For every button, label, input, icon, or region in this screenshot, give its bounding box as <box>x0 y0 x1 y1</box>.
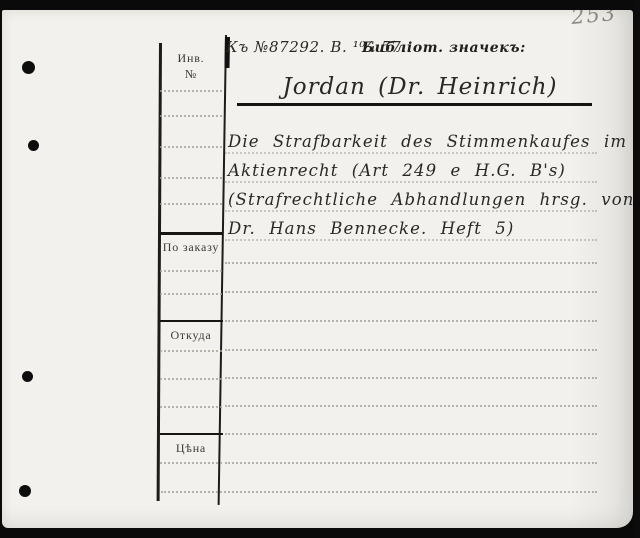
section-divider <box>160 320 223 323</box>
ruled-line <box>225 291 597 293</box>
scan-edge-bottom <box>0 528 640 538</box>
ruled-line <box>225 433 597 435</box>
ruled-line <box>225 181 597 183</box>
ruled-line <box>160 203 222 205</box>
ruled-line <box>225 152 597 154</box>
ruled-line <box>225 239 597 241</box>
scan-edge-right <box>633 0 640 538</box>
field-label-order: По заказу <box>160 240 222 255</box>
ruled-line <box>160 350 222 352</box>
ruled-line <box>160 115 222 117</box>
section-divider <box>160 232 223 235</box>
hole-punch <box>28 140 39 151</box>
ruled-line <box>225 349 597 351</box>
field-label-origin: Откуда <box>160 328 222 343</box>
title-line: Aktienrecht (Art 249 e H.G. B's) <box>228 161 566 180</box>
ruled-line <box>160 146 222 148</box>
section-divider <box>160 433 223 436</box>
ruled-line <box>225 377 597 379</box>
field-label-inventory-number: № <box>160 67 222 82</box>
scan-edge-left <box>0 0 2 538</box>
library-mark-stamp: Библіот. значекъ: <box>362 40 526 56</box>
ruled-line <box>160 270 222 272</box>
series-line: Dr. Hans Bennecke. Heft 5) <box>228 219 514 238</box>
ruled-line <box>225 262 597 264</box>
hole-punch <box>22 61 35 74</box>
ruled-line <box>160 378 222 380</box>
ruled-line <box>160 293 222 295</box>
author-heading: Jordan (Dr. Heinrich) <box>260 74 580 100</box>
ruled-line <box>161 491 597 493</box>
scanned-catalog-card: Инв. № По заказу Откуда Цѣна Къ №87292. … <box>0 0 640 538</box>
series-line: (Strafrechtliche Abhandlungen hrsg. von <box>228 190 634 209</box>
ruled-line <box>225 210 597 212</box>
ruled-line <box>160 462 222 464</box>
field-label-inventory: Инв. <box>160 51 222 66</box>
hole-punch <box>19 485 31 497</box>
ruled-line <box>160 406 222 408</box>
ruled-line <box>160 177 222 179</box>
title-line: Die Strafbarkeit des Stimmenkaufes im <box>228 132 627 151</box>
hole-punch <box>22 371 33 382</box>
author-underline <box>237 103 592 106</box>
ruled-line <box>225 320 597 322</box>
ruled-line <box>225 405 597 407</box>
scan-edge-top <box>0 0 640 10</box>
ruled-line <box>225 462 597 464</box>
field-label-price: Цѣна <box>160 441 222 456</box>
ruled-line <box>160 90 222 92</box>
